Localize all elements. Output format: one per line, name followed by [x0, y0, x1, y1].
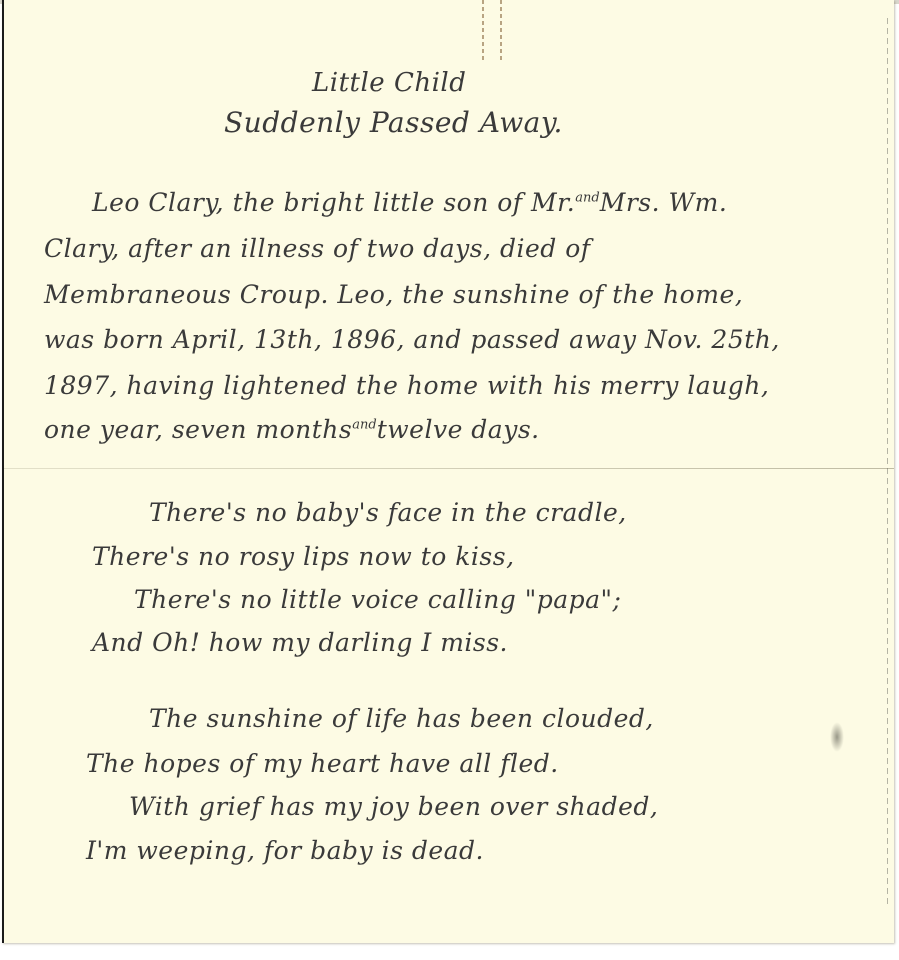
prose-line-6-end: twelve days.: [377, 415, 540, 444]
tear-mark: [482, 0, 484, 60]
superscript-and: and: [352, 418, 376, 433]
page: Little Child Suddenly Passed Away. Leo C…: [0, 0, 899, 960]
poem-stanza-1-line-1: There's no baby's face in the cradle,: [149, 498, 627, 527]
poem-stanza-1-line-2: There's no rosy lips now to kiss,: [92, 542, 515, 571]
prose-line-1-start: Leo Clary, the bright little son of Mr.: [92, 188, 575, 217]
paper-right-edge: [887, 18, 888, 908]
prose-line-3: Membraneous Croup. Leo, the sunshine of …: [44, 280, 743, 309]
prose-line-6: one year, seven monthsandtwelve days.: [44, 415, 540, 444]
paper-sheet: Little Child Suddenly Passed Away. Leo C…: [2, 0, 894, 943]
superscript-and: and: [575, 191, 599, 206]
poem-stanza-2-line-3: With grief has my joy been over shaded,: [129, 792, 658, 821]
prose-line-1-end: Mrs. Wm.: [600, 188, 728, 217]
tear-mark: [500, 0, 502, 60]
title-line-1: Little Child: [312, 68, 466, 98]
prose-line-2: Clary, after an illness of two days, die…: [44, 234, 591, 263]
poem-stanza-2-line-4: I'm weeping, for baby is dead.: [86, 836, 484, 865]
prose-line-6-start: one year, seven months: [44, 415, 352, 444]
prose-line-4: was born April, 13th, 1896, and passed a…: [44, 325, 780, 354]
poem-stanza-2-line-2: The hopes of my heart have all fled.: [86, 749, 559, 778]
fold-crease: [4, 468, 894, 469]
poem-stanza-2-line-1: The sunshine of life has been clouded,: [149, 704, 654, 733]
prose-line-5: 1897, having lightened the home with his…: [44, 371, 769, 400]
title-line-2: Suddenly Passed Away.: [224, 106, 563, 139]
poem-stanza-1-line-3: There's no little voice calling "papa";: [134, 585, 621, 614]
ink-smudge: [830, 722, 844, 752]
poem-stanza-1-line-4: And Oh! how my darling I miss.: [92, 628, 508, 657]
prose-line-1: Leo Clary, the bright little son of Mr.a…: [92, 188, 727, 217]
